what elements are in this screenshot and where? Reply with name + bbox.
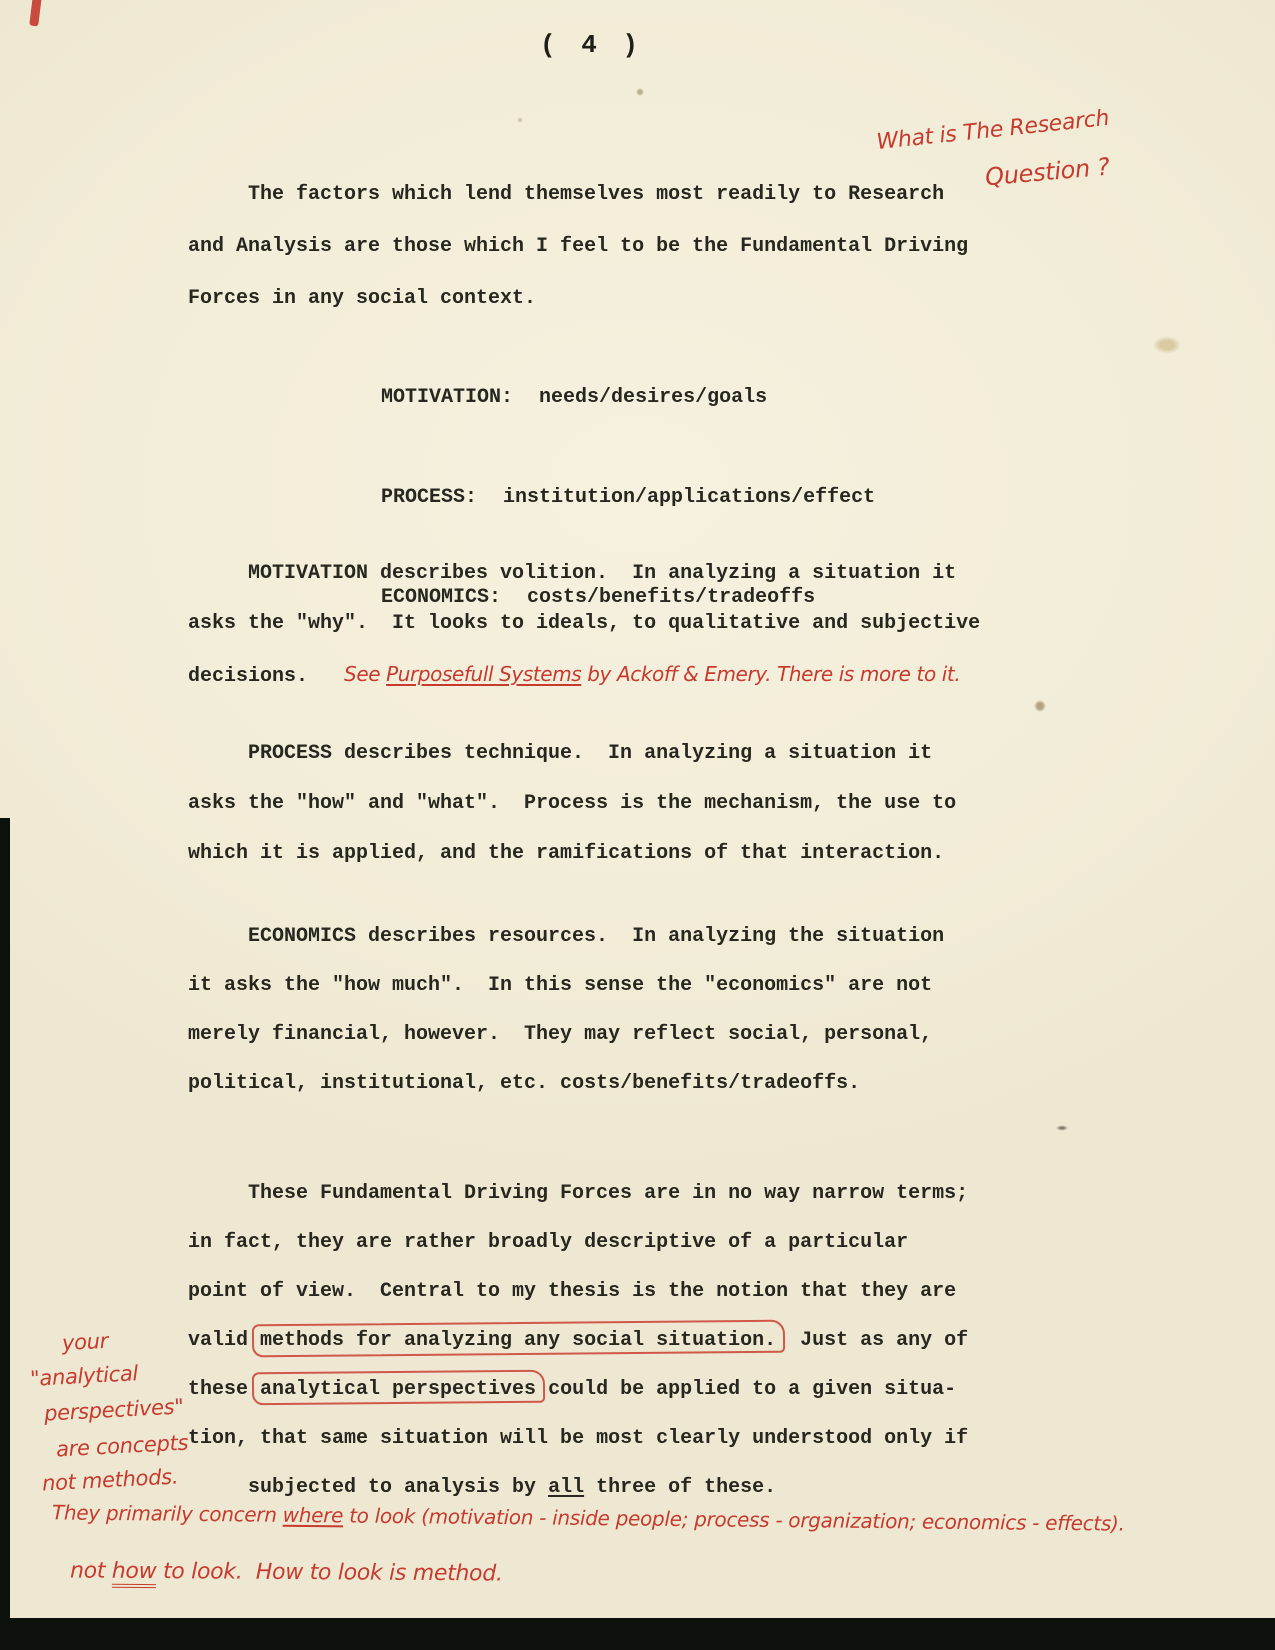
annotation-double-underlined-word: how [112, 1559, 157, 1588]
annotation-research-question-line1: What is The Research [875, 106, 1110, 155]
annotation-text: They primarily concern [52, 1500, 283, 1526]
typed-line: in fact, they are rather broadly descrip… [188, 1231, 968, 1255]
typed-text: three of these. [584, 1476, 776, 1499]
paragraph-process: PROCESS describes technique. In analyzin… [188, 742, 956, 892]
annotation-margin-note-line3: perspectives" [43, 1394, 184, 1425]
list-item-label: MOTIVATION: [381, 386, 513, 409]
annotation-margin-note-line1: your [61, 1329, 108, 1355]
typed-line: PROCESS describes technique. In analyzin… [188, 742, 956, 766]
list-item-process: PROCESS:institution/applications/effect [285, 462, 875, 534]
paper-page: ( 4 ) What is The Research Question ? Th… [0, 0, 1275, 1621]
annotation-underlined-title: Purposefull Systems [386, 662, 581, 686]
typed-line: asks the "how" and "what". Process is th… [188, 792, 956, 816]
annotation-text: to look (motivation - inside people; pro… [343, 1503, 1125, 1535]
annotation-text: not [70, 1558, 112, 1583]
typed-line-underline: subjected to analysis by all three of th… [188, 1476, 968, 1500]
annotation-margin-note-line4: are concepts [55, 1431, 188, 1462]
typed-text: decisions. [188, 665, 344, 688]
typed-line: point of view. Central to my thesis is t… [188, 1280, 968, 1304]
red-boxed-phrase: methods for analyzing any social situati… [260, 1329, 776, 1353]
list-item-label: PROCESS: [381, 486, 477, 509]
typed-line: ECONOMICS describes resources. In analyz… [188, 925, 944, 949]
typed-text: valid [188, 1329, 260, 1352]
list-item-value: needs/desires/goals [539, 386, 767, 409]
annotation-text: by Ackoff & Emery. There is more to it. [581, 662, 960, 686]
typed-line-boxed: these analytical perspectives could be a… [188, 1378, 968, 1402]
page-number: ( 4 ) [540, 30, 643, 60]
typed-line: and Analysis are those which I feel to b… [188, 235, 968, 259]
annotation-margin-note-line2: "analytical [29, 1361, 138, 1391]
typed-line: MOTIVATION describes volition. In analyz… [188, 562, 980, 586]
scan-edge-bottom [0, 1618, 1275, 1650]
paragraph-economics: ECONOMICS describes resources. In analyz… [188, 925, 944, 1121]
typed-text: these [188, 1378, 260, 1401]
list-item-value: institution/applications/effect [503, 486, 875, 509]
typed-line: merely financial, however. They may refl… [188, 1023, 944, 1047]
paragraph-intro: The factors which lend themselves most r… [188, 183, 968, 339]
annotation-underlined-word: where [283, 1503, 344, 1528]
annotation-see-reference: See Purposefull Systems by Ackoff & Emer… [344, 662, 960, 686]
scan-edge-left [0, 818, 10, 1650]
typed-text: Just as any of [776, 1329, 968, 1352]
underlined-word: all [548, 1476, 584, 1499]
typed-line: political, institutional, etc. costs/ben… [188, 1072, 944, 1096]
annotation-bottom-note-2: not how to look. How to look is method. [70, 1558, 503, 1586]
red-boxed-phrase: analytical perspectives [260, 1378, 536, 1402]
annotation-text: to look. How to look is method. [156, 1559, 502, 1586]
annotation-research-question-line2: Question ? [984, 153, 1111, 192]
typed-line: tion, that same situation will be most c… [188, 1427, 968, 1451]
typed-line-boxed: valid methods for analyzing any social s… [188, 1329, 968, 1353]
paragraph-thesis: These Fundamental Driving Forces are in … [188, 1182, 968, 1525]
typed-line: which it is applied, and the ramificatio… [188, 842, 956, 866]
list-item-motivation: MOTIVATION:needs/desires/goals [285, 362, 875, 434]
typed-line: Forces in any social context. [188, 287, 968, 311]
typed-line: The factors which lend themselves most r… [188, 183, 968, 207]
annotation-margin-note-line5: not methods. [41, 1464, 178, 1495]
red-corner-mark [29, 0, 42, 26]
typed-line: it asks the "how much". In this sense th… [188, 974, 944, 998]
typed-line: asks the "why". It looks to ideals, to q… [188, 612, 980, 636]
typed-line: These Fundamental Driving Forces are in … [188, 1182, 968, 1206]
typed-text: could be applied to a given situa- [536, 1378, 956, 1401]
typed-text: subjected to analysis by [248, 1476, 548, 1499]
typed-line-with-annotation: decisions. See Purposefull Systems by Ac… [188, 662, 980, 689]
paragraph-motivation: MOTIVATION describes volition. In analyz… [188, 562, 980, 715]
annotation-text: See [344, 662, 386, 686]
